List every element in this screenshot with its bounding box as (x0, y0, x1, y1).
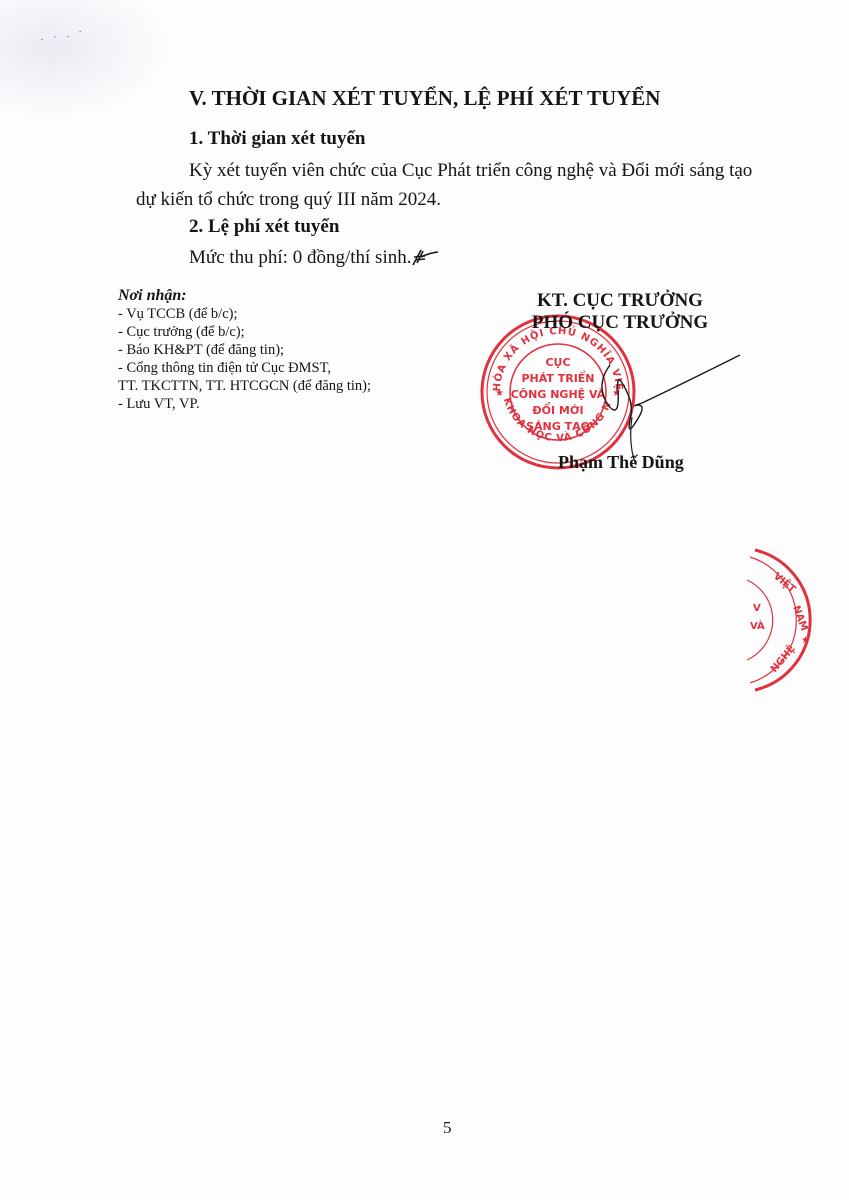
partial-seal-icon: VIỆT NAM ★ NGHỆ V VÀ (745, 545, 849, 695)
subsection-2-heading: 2. Lệ phí xét tuyển (189, 216, 339, 238)
signature-title-2: PHÓ CỤC TRƯỞNG (470, 312, 770, 334)
recipient-item: - Báo KH&PT (để đăng tin); (118, 341, 371, 359)
svg-text:PHÁT TRIỂN: PHÁT TRIỂN (521, 370, 594, 385)
svg-text:CỤC: CỤC (545, 356, 570, 369)
subsection-1-line-2: dự kiến tổ chức trong quý III năm 2024. (136, 189, 441, 211)
svg-text:★: ★ (801, 635, 810, 646)
svg-text:ĐỔI MỚI: ĐỔI MỚI (532, 402, 583, 417)
page-number: 5 (443, 1118, 452, 1138)
recipient-item: TT. TKCTTN, TT. HTCGCN (để đăng tin); (118, 377, 371, 395)
subsection-1-heading: 1. Thời gian xét tuyển (189, 128, 365, 150)
recipient-item: - Cổng thông tin điện tử Cục ĐMST, (118, 359, 371, 377)
handwritten-signature-icon (590, 345, 750, 485)
svg-text:SÁNG TẠO: SÁNG TẠO (526, 420, 590, 433)
recipients-title: Nơi nhận: (118, 287, 371, 305)
signature-block: KT. CỤC TRƯỞNG PHÓ CỤC TRƯỞNG Phạm Thế D… (470, 290, 770, 334)
svg-text:NGHỆ: NGHỆ (767, 642, 797, 675)
recipient-item: - Lưu VT, VP. (118, 395, 371, 413)
svg-text:VÀ: VÀ (750, 619, 765, 632)
recipients-block: Nơi nhận: - Vụ TCCB (để b/c); - Cục trưở… (118, 287, 371, 413)
signature-title-1: KT. CỤC TRƯỞNG (470, 290, 770, 312)
fee-text: Mức thu phí: 0 đồng/thí sinh. (189, 247, 411, 268)
recipient-item: - Vụ TCCB (để b/c); (118, 305, 371, 323)
scan-shadow (0, 0, 170, 120)
subsection-1-line-1: Kỳ xét tuyển viên chức của Cục Phát triể… (189, 160, 752, 182)
section-title: V. THỜI GIAN XÉT TUYỂN, LỆ PHÍ XÉT TUYỂN (189, 86, 660, 111)
svg-text:NAM: NAM (790, 604, 809, 632)
svg-text:★: ★ (495, 388, 504, 399)
initial-mark-icon (411, 247, 439, 267)
document-page: · · . · V. THỜI GIAN XÉT TUYỂN, LỆ PHÍ X… (0, 0, 849, 1200)
subsection-2-line-1: Mức thu phí: 0 đồng/thí sinh. (189, 247, 439, 269)
svg-text:V: V (753, 603, 761, 614)
recipient-item: - Cục trưởng (để b/c); (118, 323, 371, 341)
